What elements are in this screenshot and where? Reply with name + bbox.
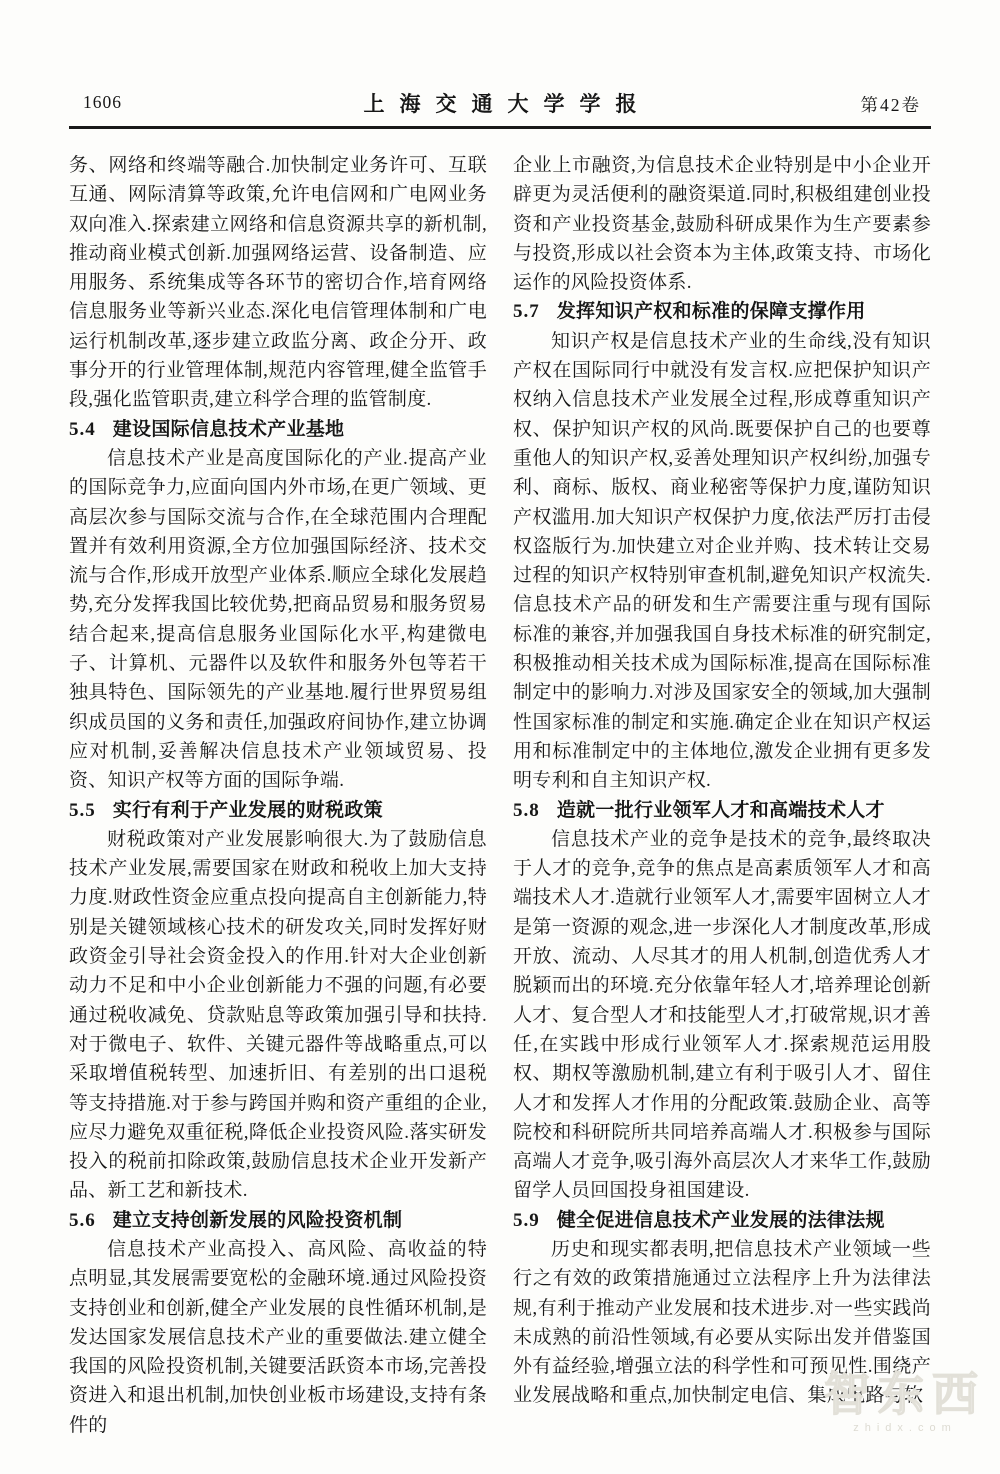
journal-page-scan: { "header": { "page_number": "1606", "jo… xyxy=(0,0,1000,1474)
section-title: 建立支持创新发展的风险投资机制 xyxy=(113,1210,403,1231)
page-content: 1606 上海交通大学学报 第42卷 务、网络和终端等融合.加快制定业务许可、互… xyxy=(0,0,1000,1440)
volume-number: 第42卷 xyxy=(861,92,922,117)
section-number: 5.9 xyxy=(513,1210,540,1231)
body-paragraph: 历史和现实都表明,把信息技术产业领域一些行之有效的政策措施通过立法程序上升为法律… xyxy=(513,1235,931,1411)
body-paragraph: 务、网络和终端等融合.加快制定业务许可、互联互通、网际清算等政策,允许电信网和广… xyxy=(69,151,487,415)
section-title: 实行有利于产业发展的财税政策 xyxy=(113,800,383,821)
section-heading: 5.7发挥知识产权和标准的保障支撑作用 xyxy=(513,297,931,326)
section-heading: 5.9健全促进信息技术产业发展的法律法规 xyxy=(513,1206,931,1235)
content-columns: 务、网络和终端等融合.加快制定业务许可、互联互通、网际清算等政策,允许电信网和广… xyxy=(69,151,931,1440)
body-paragraph: 知识产权是信息技术产业的生命线,没有知识产权在国际同行中就没有发言权.应把保护知… xyxy=(513,327,931,796)
journal-title: 上海交通大学学报 xyxy=(69,88,931,118)
body-paragraph: 信息技术产业的竞争是技术的竞争,最终取决于人才的竞争,竞争的焦点是高素质领军人才… xyxy=(513,825,931,1206)
body-paragraph: 信息技术产业高投入、高风险、高收益的特点明显,其发展需要宽松的金融环境.通过风险… xyxy=(69,1235,487,1440)
section-heading: 5.6建立支持创新发展的风险投资机制 xyxy=(69,1206,487,1235)
page-header: 1606 上海交通大学学报 第42卷 xyxy=(69,0,931,129)
section-number: 5.5 xyxy=(69,800,96,821)
body-paragraph: 财税政策对产业发展影响很大.为了鼓励信息技术产业发展,需要国家在财政和税收上加大… xyxy=(69,825,487,1206)
section-number: 5.7 xyxy=(513,301,540,322)
body-paragraph: 企业上市融资,为信息技术企业特别是中小企业开辟更为灵活便利的融资渠道.同时,积极… xyxy=(513,151,931,297)
section-title: 健全促进信息技术产业发展的法律法规 xyxy=(557,1210,885,1231)
section-heading: 5.4建设国际信息技术产业基地 xyxy=(69,415,487,444)
section-heading: 5.5实行有利于产业发展的财税政策 xyxy=(69,796,487,825)
section-title: 建设国际信息技术产业基地 xyxy=(113,419,345,440)
body-paragraph: 信息技术产业是高度国际化的产业.提高产业的国际竞争力,应面向国内外市场,在更广领… xyxy=(69,444,487,796)
section-number: 5.8 xyxy=(513,800,540,821)
section-title: 造就一批行业领军人才和高端技术人才 xyxy=(557,800,885,821)
section-number: 5.4 xyxy=(69,419,96,440)
right-column: 企业上市融资,为信息技术企业特别是中小企业开辟更为灵活便利的融资渠道.同时,积极… xyxy=(513,151,931,1440)
section-number: 5.6 xyxy=(69,1210,96,1231)
section-title: 发挥知识产权和标准的保障支撑作用 xyxy=(557,301,866,322)
section-heading: 5.8造就一批行业领军人才和高端技术人才 xyxy=(513,796,931,825)
left-column: 务、网络和终端等融合.加快制定业务许可、互联互通、网际清算等政策,允许电信网和广… xyxy=(69,151,487,1440)
